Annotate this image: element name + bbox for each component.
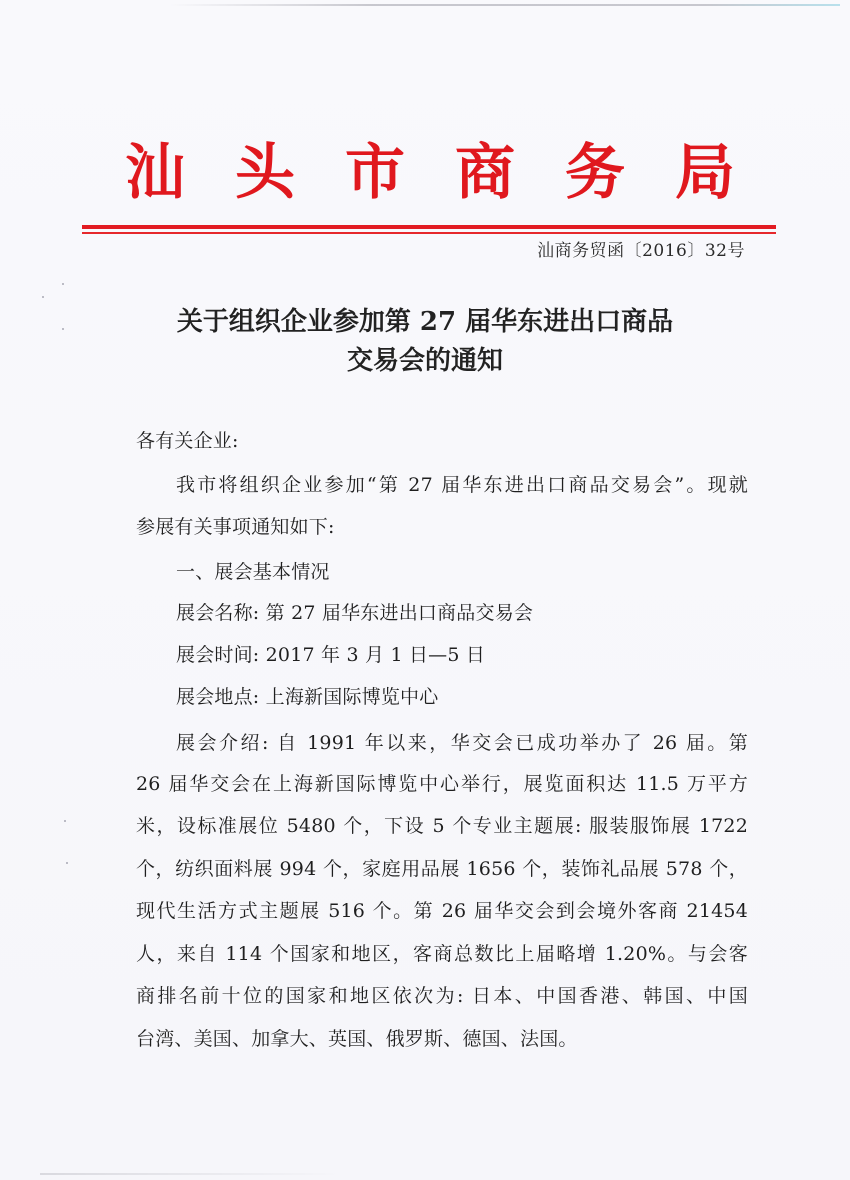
salutation: 各有关企业: <box>136 428 748 454</box>
field-exhibition-venue: 展会地点: 上海新国际博览中心 <box>176 684 748 710</box>
introduction-line: 米，设标准展位 5480 个，下设 5 个专业主题展: 服装服饰展 1722 <box>136 813 748 839</box>
field-exhibition-name: 展会名称: 第 27 届华东进出口商品交易会 <box>176 600 748 626</box>
letterhead-char: 商 <box>450 138 520 208</box>
document-number: 汕商务贸函〔2016〕32号 <box>537 236 745 261</box>
introduction-line: 商排名前十位的国家和地区依次为: 日本、中国香港、韩国、中国 <box>136 983 748 1009</box>
intro-paragraph-line-2: 参展有关事项通知如下: <box>136 514 748 540</box>
scan-speck <box>62 328 64 330</box>
document-title-line-2: 交易会的通知 <box>100 339 750 383</box>
scan-speck <box>62 283 64 285</box>
scan-edge-top <box>170 4 840 6</box>
scan-edge-bottom <box>40 1173 340 1175</box>
letterhead-char: 汕 <box>120 138 190 208</box>
letterhead-char: 市 <box>340 138 410 208</box>
scan-speck <box>64 820 66 822</box>
section-heading-1: 一、展会基本情况 <box>176 559 748 585</box>
document-title-line-1: 关于组织企业参加第 27 届华东进出口商品 <box>100 300 750 344</box>
scanned-page: 汕 头 市 商 务 局 汕商务贸函〔2016〕32号 关于组织企业参加第 27 … <box>0 0 850 1180</box>
introduction-line: 人，来自 114 个国家和地区，客商总数比上届略增 1.20%。与会客 <box>136 941 748 967</box>
letterhead-char: 务 <box>560 138 630 208</box>
letterhead-org-name: 汕 头 市 商 务 局 <box>120 138 740 208</box>
field-exhibition-time: 展会时间: 2017 年 3 月 1 日—5 日 <box>176 642 748 668</box>
introduction-line: 个，纺织面料展 994 个，家庭用品展 1656 个，装饰礼品展 578 个， <box>136 856 748 882</box>
letterhead-char: 局 <box>670 138 740 208</box>
introduction-line: 26 届华交会在上海新国际博览中心举行，展览面积达 11.5 万平方 <box>136 771 748 797</box>
introduction-line: 台湾、美国、加拿大、英国、俄罗斯、德国、法国。 <box>136 1026 748 1052</box>
scan-speck <box>42 296 44 298</box>
scan-speck <box>66 862 68 864</box>
introduction-line: 展会介绍: 自 1991 年以来，华交会已成功举办了 26 届。第 <box>176 730 748 756</box>
letterhead-char: 头 <box>230 138 300 208</box>
letterhead-rule-thin <box>82 232 776 234</box>
intro-paragraph-line-1: 我市将组织企业参加“第 27 届华东进出口商品交易会”。现就 <box>176 472 748 498</box>
introduction-line: 现代生活方式主题展 516 个。第 26 届华交会到会境外客商 21454 <box>136 898 748 924</box>
letterhead-rule-thick <box>82 225 776 229</box>
